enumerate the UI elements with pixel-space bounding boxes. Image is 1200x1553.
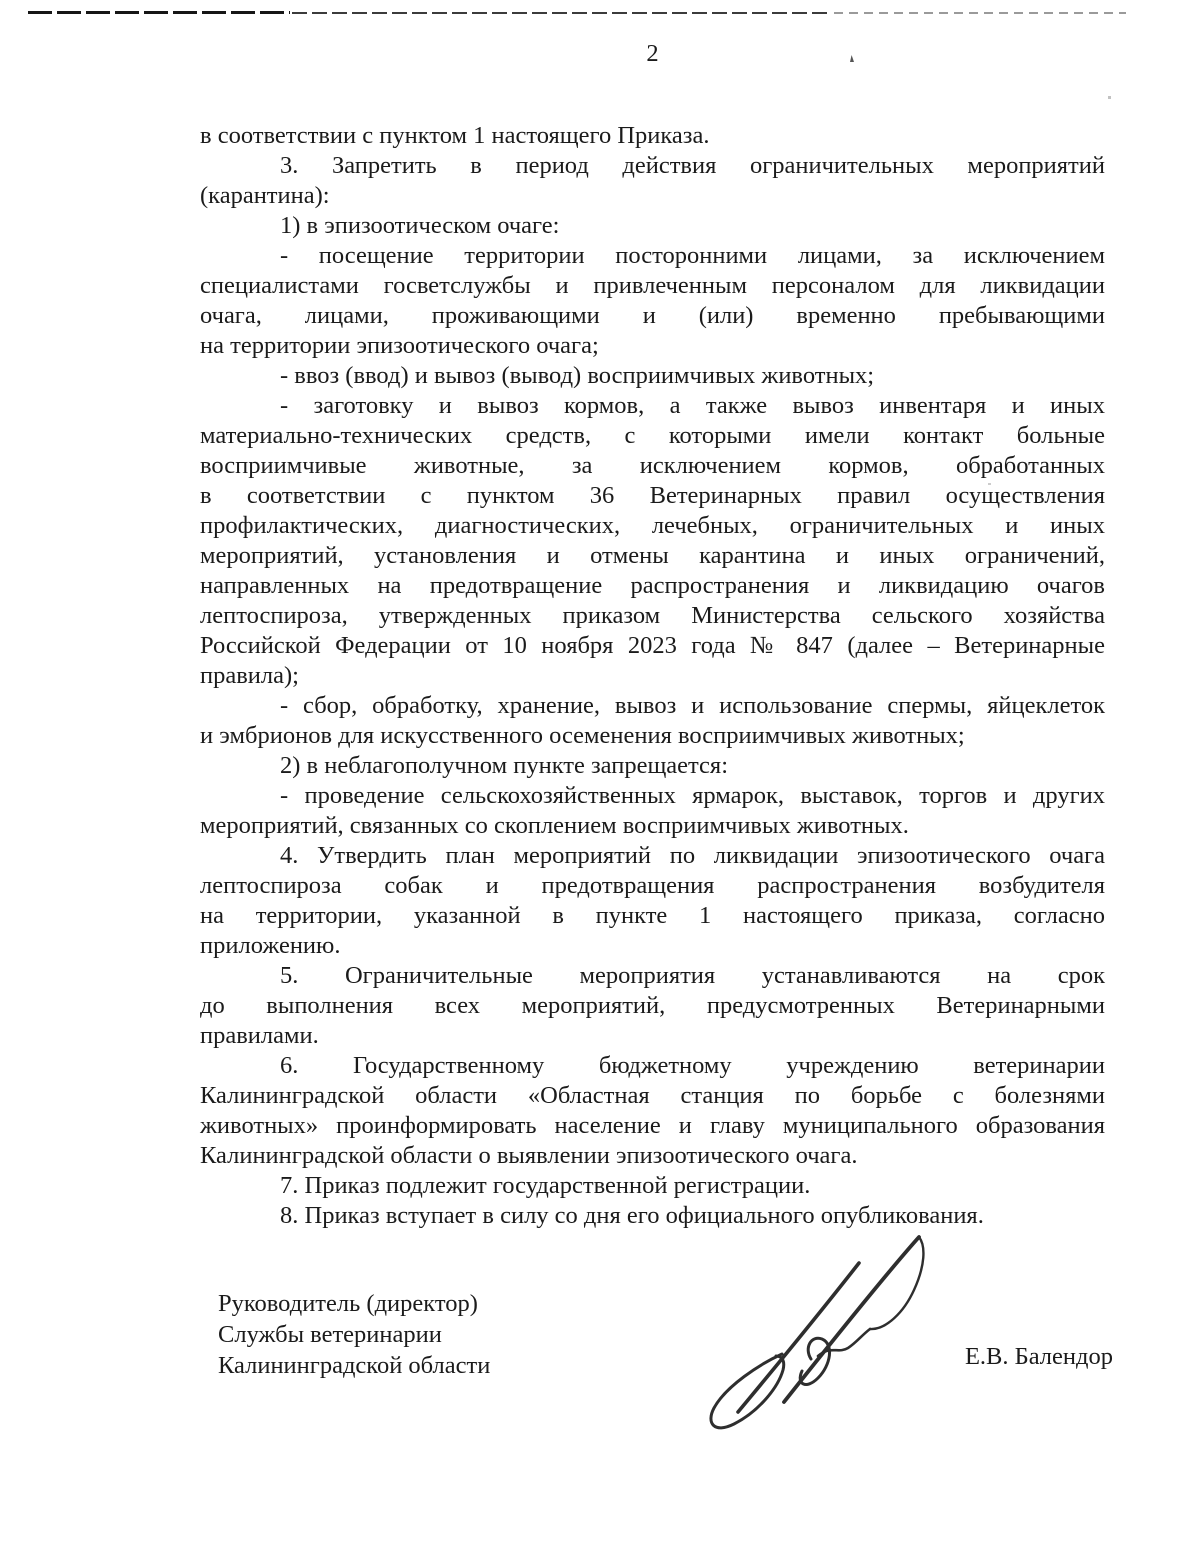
text-line: на территории, указанной в пункте 1 наст…: [200, 901, 1105, 931]
text-line: 5. Ограничительные мероприятия устанавли…: [200, 961, 1105, 991]
text-line: лептоспироза, утвержденных приказом Мини…: [200, 601, 1105, 631]
text-line: профилактических, диагностических, лечеб…: [200, 511, 1105, 541]
text-line: и эмбрионов для искусственного осеменени…: [200, 721, 1105, 751]
signatory-title-block: Руководитель (директор)Службы ветеринари…: [218, 1288, 490, 1381]
scanner-edge-line: [292, 12, 832, 14]
text-line: материально-технических средств, с котор…: [200, 421, 1105, 451]
text-line: до выполнения всех мероприятий, предусмо…: [200, 991, 1105, 1021]
text-line: восприимчивые животные, за исключением к…: [200, 451, 1105, 481]
text-line: 6. Государственному бюджетному учреждени…: [200, 1051, 1105, 1081]
text-line: в соответствии с пунктом 1 настоящего Пр…: [200, 121, 1105, 151]
scanner-edge-line: [28, 11, 290, 14]
text-line: (карантина):: [200, 181, 1105, 211]
text-line: 7. Приказ подлежит государственной регис…: [200, 1171, 1105, 1201]
text-line: в соответствии с пунктом 36 Ветеринарных…: [200, 481, 1105, 511]
signatory-title-line: Руководитель (директор): [218, 1288, 490, 1319]
scan-speck: [1108, 96, 1111, 99]
text-line: 8. Приказ вступает в силу со дня его офи…: [200, 1201, 1105, 1231]
text-line: специалистами госветслужбы и привлеченны…: [200, 271, 1105, 301]
text-line: 2) в неблагополучном пункте запрещается:: [200, 751, 1105, 781]
text-line: животных» проинформировать население и г…: [200, 1111, 1105, 1141]
text-line: очага, лицами, проживающими и (или) врем…: [200, 301, 1105, 331]
signatory-title-line: Калининградской области: [218, 1350, 490, 1381]
scanned-order-page: 2 в соответствии с пунктом 1 настоящего …: [0, 0, 1200, 1553]
signatory-name: Е.В. Балендор: [855, 1342, 1113, 1372]
text-line: Калининградской области «Областная станц…: [200, 1081, 1105, 1111]
text-line: - ввоз (ввод) и вывоз (вывод) восприимчи…: [200, 361, 1105, 391]
text-line: 4. Утвердить план мероприятий по ликвида…: [200, 841, 1105, 871]
text-line: приложению.: [200, 931, 1105, 961]
text-line: мероприятий, связанных со скоплением вос…: [200, 811, 1105, 841]
page-number: 2: [200, 39, 1105, 69]
text-line: направленных на предотвращение распростр…: [200, 571, 1105, 601]
text-line: Российской Федерации от 10 ноября 2023 г…: [200, 631, 1105, 661]
text-line: правилами.: [200, 1021, 1105, 1051]
text-line: правила);: [200, 661, 1105, 691]
text-line: мероприятий, установления и отмены каран…: [200, 541, 1105, 571]
text-line: 3. Запретить в период действия ограничит…: [200, 151, 1105, 181]
text-line: лептоспироза собак и предотвращения расп…: [200, 871, 1105, 901]
text-line: Калининградской области о выявлении эпиз…: [200, 1141, 1105, 1171]
text-line: 1) в эпизоотическом очаге:: [200, 211, 1105, 241]
text-line: - сбор, обработку, хранение, вывоз и исп…: [200, 691, 1105, 721]
signatory-title-line: Службы ветеринарии: [218, 1319, 490, 1350]
document-body: в соответствии с пунктом 1 настоящего Пр…: [200, 121, 1105, 1231]
text-line: - заготовку и вывоз кормов, а также выво…: [200, 391, 1105, 421]
text-line: - проведение сельскохозяйственных ярмаро…: [200, 781, 1105, 811]
text-line: - посещение территории посторонними лица…: [200, 241, 1105, 271]
scanner-edge-line: [834, 12, 1126, 14]
text-line: на территории эпизоотического очага;: [200, 331, 1105, 361]
